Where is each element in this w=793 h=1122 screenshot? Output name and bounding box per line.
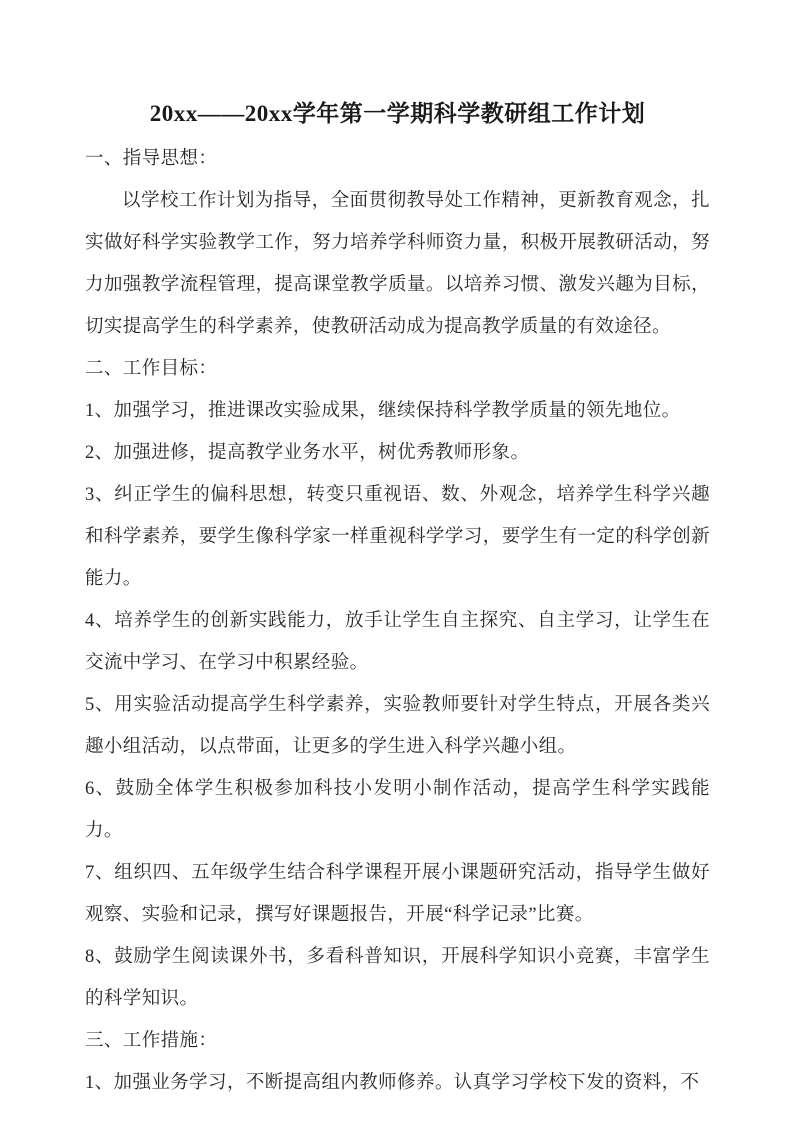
paragraph-guiding-ideology-body: 以学校工作计划为指导，全面贯彻教导处工作精神，更新教育观念，扎实做好科学实验教学… [85, 180, 710, 348]
goal-item-8: 8、鼓励学生阅读课外书，多看科普知识，开展科学知识小竞赛，丰富学生的科学知识。 [85, 936, 710, 1020]
goal-item-4: 4、培养学生的创新实践能力，放手让学生自主探究、自主学习，让学生在交流中学习、在… [85, 600, 710, 684]
section-heading-work-goals: 二、工作目标： [85, 348, 710, 390]
goal-item-7: 7、组织四、五年级学生结合科学课程开展小课题研究活动，指导学生做好观察、实验和记… [85, 852, 710, 936]
document-title: 20xx——20xx学年第一学期科学教研组工作计划 [85, 96, 710, 132]
section-heading-work-measures: 三、工作措施： [85, 1020, 710, 1062]
section-heading-guiding-ideology: 一、指导思想： [85, 138, 710, 180]
measure-item-1: 1、加强业务学习，不断提高组内教师修养。认真学习学校下发的资料，不 [85, 1062, 710, 1104]
document-page: 20xx——20xx学年第一学期科学教研组工作计划 一、指导思想： 以学校工作计… [0, 0, 793, 1122]
goal-item-5: 5、用实验活动提高学生科学素养，实验教师要针对学生特点，开展各类兴趣小组活动，以… [85, 684, 710, 768]
goal-item-1: 1、加强学习，推进课改实验成果，继续保持科学教学质量的领先地位。 [85, 390, 710, 432]
goal-item-2: 2、加强进修，提高教学业务水平，树优秀教师形象。 [85, 432, 710, 474]
goal-item-6: 6、鼓励全体学生积极参加科技小发明小制作活动，提高学生科学实践能力。 [85, 768, 710, 852]
goal-item-3: 3、纠正学生的偏科思想，转变只重视语、数、外观念，培养学生科学兴趣和科学素养，要… [85, 474, 710, 600]
